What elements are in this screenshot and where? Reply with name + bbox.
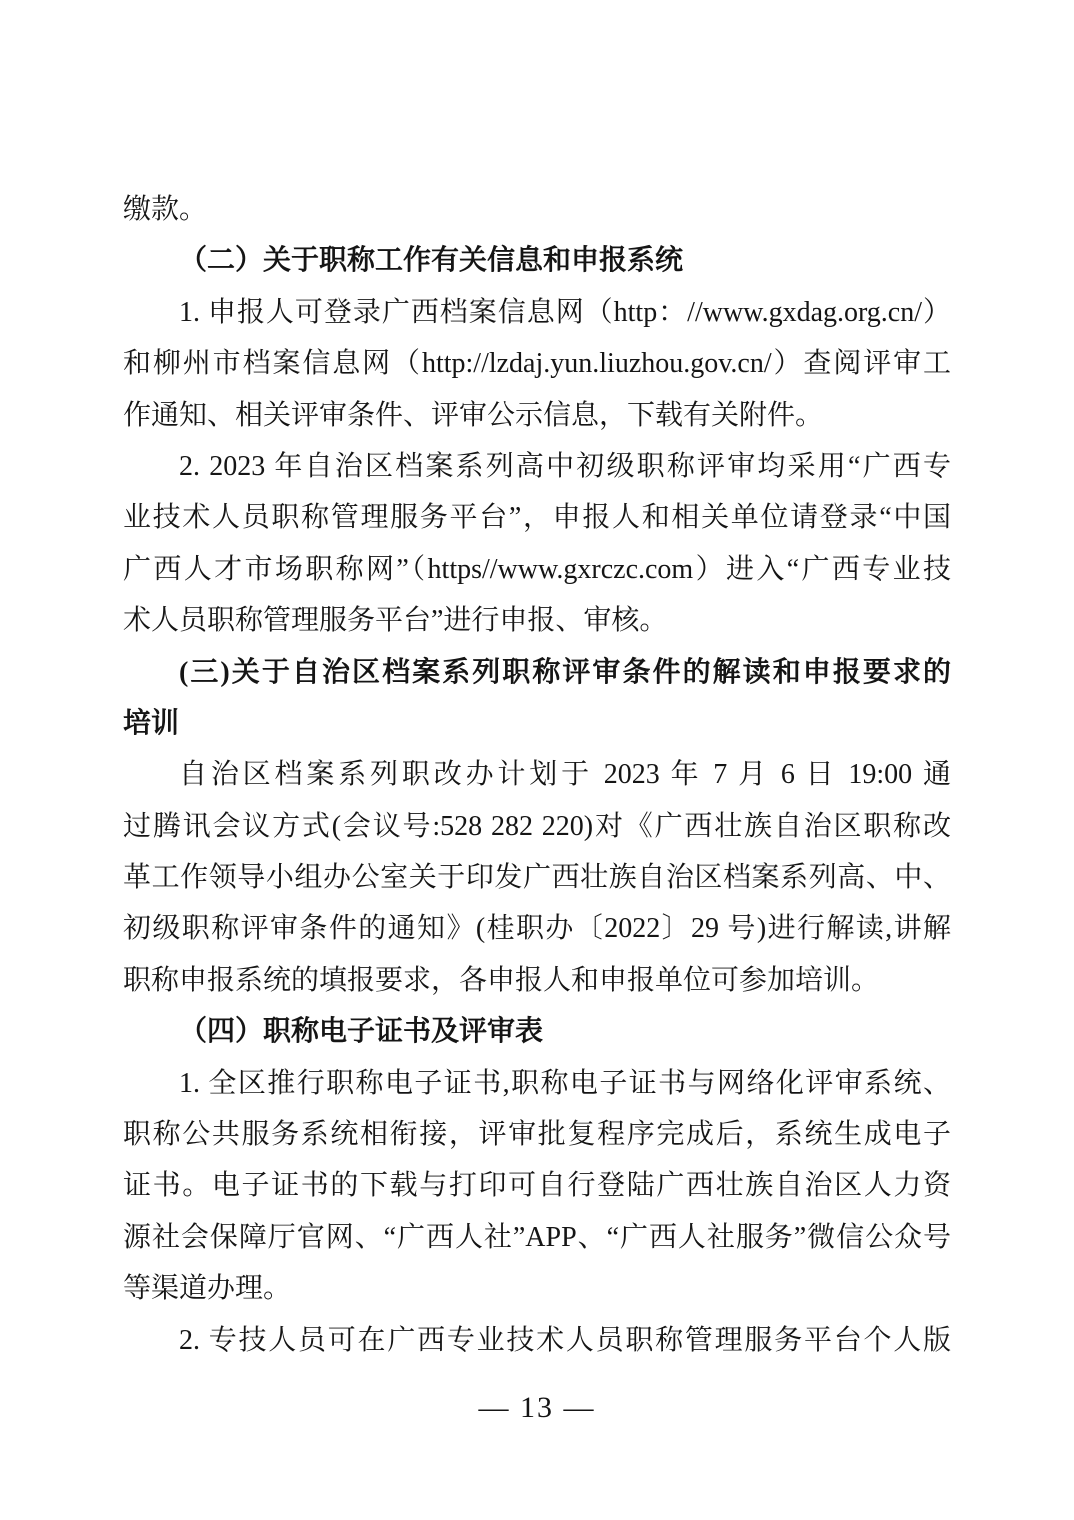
doc-line: 职称公共服务系统相衔接，评审批复程序完成后，系统生成电子 [123,1109,951,1160]
doc-line: 革工作领导小组办公室关于印发广西壮族自治区档案系列高、中、 [123,852,951,903]
section-heading-3-cont: 培训 [123,698,951,749]
doc-line: 自治区档案系列职改办计划于 2023 年 7 月 6 日 19:00 通 [123,749,951,800]
doc-line: 等渠道办理。 [123,1263,951,1314]
doc-line: 2. 专技人员可在广西专业技术人员职称管理服务平台个人版 [123,1315,951,1366]
doc-line: 业技术人员职称管理服务平台”，申报人和相关单位请登录“中国 [123,492,951,543]
doc-line: 术人员职称管理服务平台”进行申报、审核。 [123,595,951,646]
doc-line: 证书。电子证书的下载与打印可自行登陆广西壮族自治区人力资 [123,1160,951,1211]
doc-line: 1. 申报人可登录广西档案信息网（http：//www.gxdag.org.cn… [123,287,951,338]
doc-line: 2. 2023 年自治区档案系列高中初级职称评审均采用“广西专 [123,441,951,492]
section-heading-3: (三)关于自治区档案系列职称评审条件的解读和申报要求的 [123,647,951,698]
doc-line: 1. 全区推行职称电子证书,职称电子证书与网络化评审系统、 [123,1058,951,1109]
doc-line: 职称申报系统的填报要求，各申报人和申报单位可参加培训。 [123,955,951,1006]
doc-line: 作通知、相关评审条件、评审公示信息，下载有关附件。 [123,390,951,441]
document-text-block: 缴款。 （二）关于职称工作有关信息和申报系统 1. 申报人可登录广西档案信息网（… [123,184,951,1366]
section-heading-4: （四）职称电子证书及评审表 [123,1006,951,1057]
section-heading-2: （二）关于职称工作有关信息和申报系统 [123,235,951,286]
page-number: — 13 — [0,1384,1074,1432]
doc-line: 和柳州市档案信息网（http://lzdaj.yun.liuzhou.gov.c… [123,338,951,389]
doc-line: 初级职称评审条件的通知》(桂职办〔2022〕29 号)进行解读,讲解 [123,903,951,954]
doc-line: 源社会保障厅官网、“广西人社”APP、“广西人社服务”微信公众号 [123,1212,951,1263]
doc-line: 广西人才市场职称网”（https//www.gxrczc.com）进入“广西专业… [123,544,951,595]
doc-line: 过腾讯会议方式(会议号:528 282 220)对《广西壮族自治区职称改 [123,801,951,852]
document-page: 缴款。 （二）关于职称工作有关信息和申报系统 1. 申报人可登录广西档案信息网（… [0,0,1074,1520]
doc-line: 缴款。 [123,184,951,235]
